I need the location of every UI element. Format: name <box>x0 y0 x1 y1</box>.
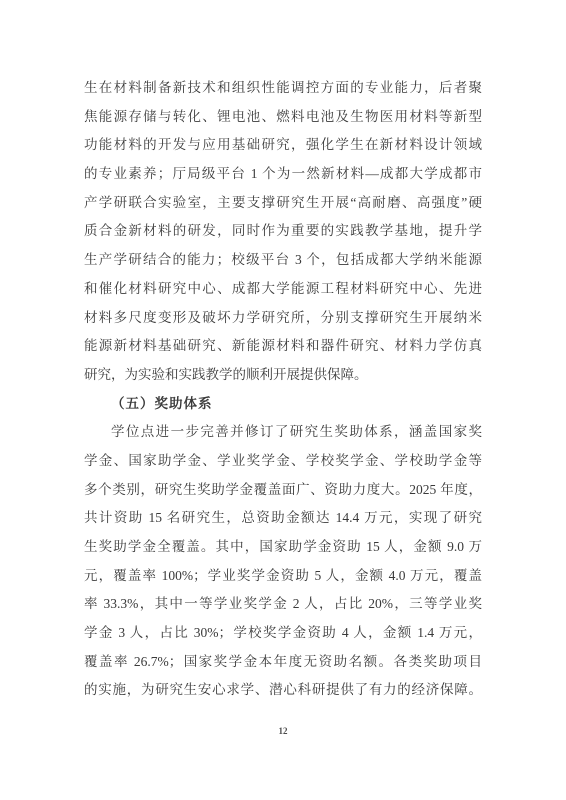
text-line: 生在材料制备新技术和组织性能调控方面的专业能力，后者聚 <box>84 74 482 103</box>
text-line: 功能材料的开发与应用基础研究，强化学生在新材料设计领域 <box>84 131 482 160</box>
text-line: 多个类别，研究生奖助学金覆盖面广、资助力度大。2025 年度， <box>84 476 482 505</box>
text-line: 共计资助 15 名研究生，总资助金额达 14.4 万元，实现了研究 <box>84 504 482 533</box>
paragraph-continuation: 生在材料制备新技术和组织性能调控方面的专业能力，后者聚焦能源存储与转化、锂电池、… <box>84 74 482 390</box>
paragraph-awards: 学位点进一步完善并修订了研究生奖助体系，涵盖国家奖学金、国家助学金、学业奖学金、… <box>84 418 482 705</box>
text-line: 材料多尺度变形及破坏力学研究所，分别支撑研究生开展纳米 <box>84 304 482 333</box>
text-line: 的实施，为研究生安心求学、潜心科研提供了有力的经济保障。 <box>84 676 482 705</box>
text-line: 覆盖率 26.7%；国家奖学金本年度无资助名额。各类奖助项目 <box>84 648 482 677</box>
text-line: 的专业素养；厅局级平台 1 个为一然新材料—成都大学成都市 <box>84 160 482 189</box>
document-page: 生在材料制备新技术和组织性能调控方面的专业能力，后者聚焦能源存储与转化、锂电池、… <box>0 0 566 800</box>
text-block: 生在材料制备新技术和组织性能调控方面的专业能力，后者聚焦能源存储与转化、锂电池、… <box>84 74 482 705</box>
text-line: 焦能源存储与转化、锂电池、燃料电池及生物医用材料等新型 <box>84 103 482 132</box>
text-line: 学金 3 人，占比 30%；学校奖学金资助 4 人，金额 1.4 万元， <box>84 619 482 648</box>
text-line: 生产学研结合的能力；校级平台 3 个，包括成都大学纳米能源 <box>84 246 482 275</box>
text-line: 质合金新材料的研发，同时作为重要的实践教学基地，提升学 <box>84 217 482 246</box>
text-line: 学金、国家助学金、学业奖学金、学校奖学金、学校助学金等 <box>84 447 482 476</box>
text-line: 率 33.3%，其中一等学业奖学金 2 人，占比 20%，三等学业奖 <box>84 590 482 619</box>
text-line: 和催化材料研究中心、成都大学能源工程材料研究中心、先进 <box>84 275 482 304</box>
text-line: 学位点进一步完善并修订了研究生奖助体系，涵盖国家奖 <box>84 418 482 447</box>
page-number: 12 <box>0 726 566 736</box>
text-line: 产学研联合实验室，主要支撑研究生开展“高耐磨、高强度”硬 <box>84 189 482 218</box>
text-line: 研究，为实验和实践教学的顺利开展提供保障。 <box>84 361 482 390</box>
section-heading: （五）奖助体系 <box>84 390 482 419</box>
text-line: 能源新材料基础研究、新能源材料和器件研究、材料力学仿真 <box>84 332 482 361</box>
text-line: 生奖助学金全覆盖。其中，国家助学金资助 15 人，金额 9.0 万 <box>84 533 482 562</box>
text-line: 元，覆盖率 100%；学业奖学金资助 5 人，金额 4.0 万元，覆盖 <box>84 562 482 591</box>
